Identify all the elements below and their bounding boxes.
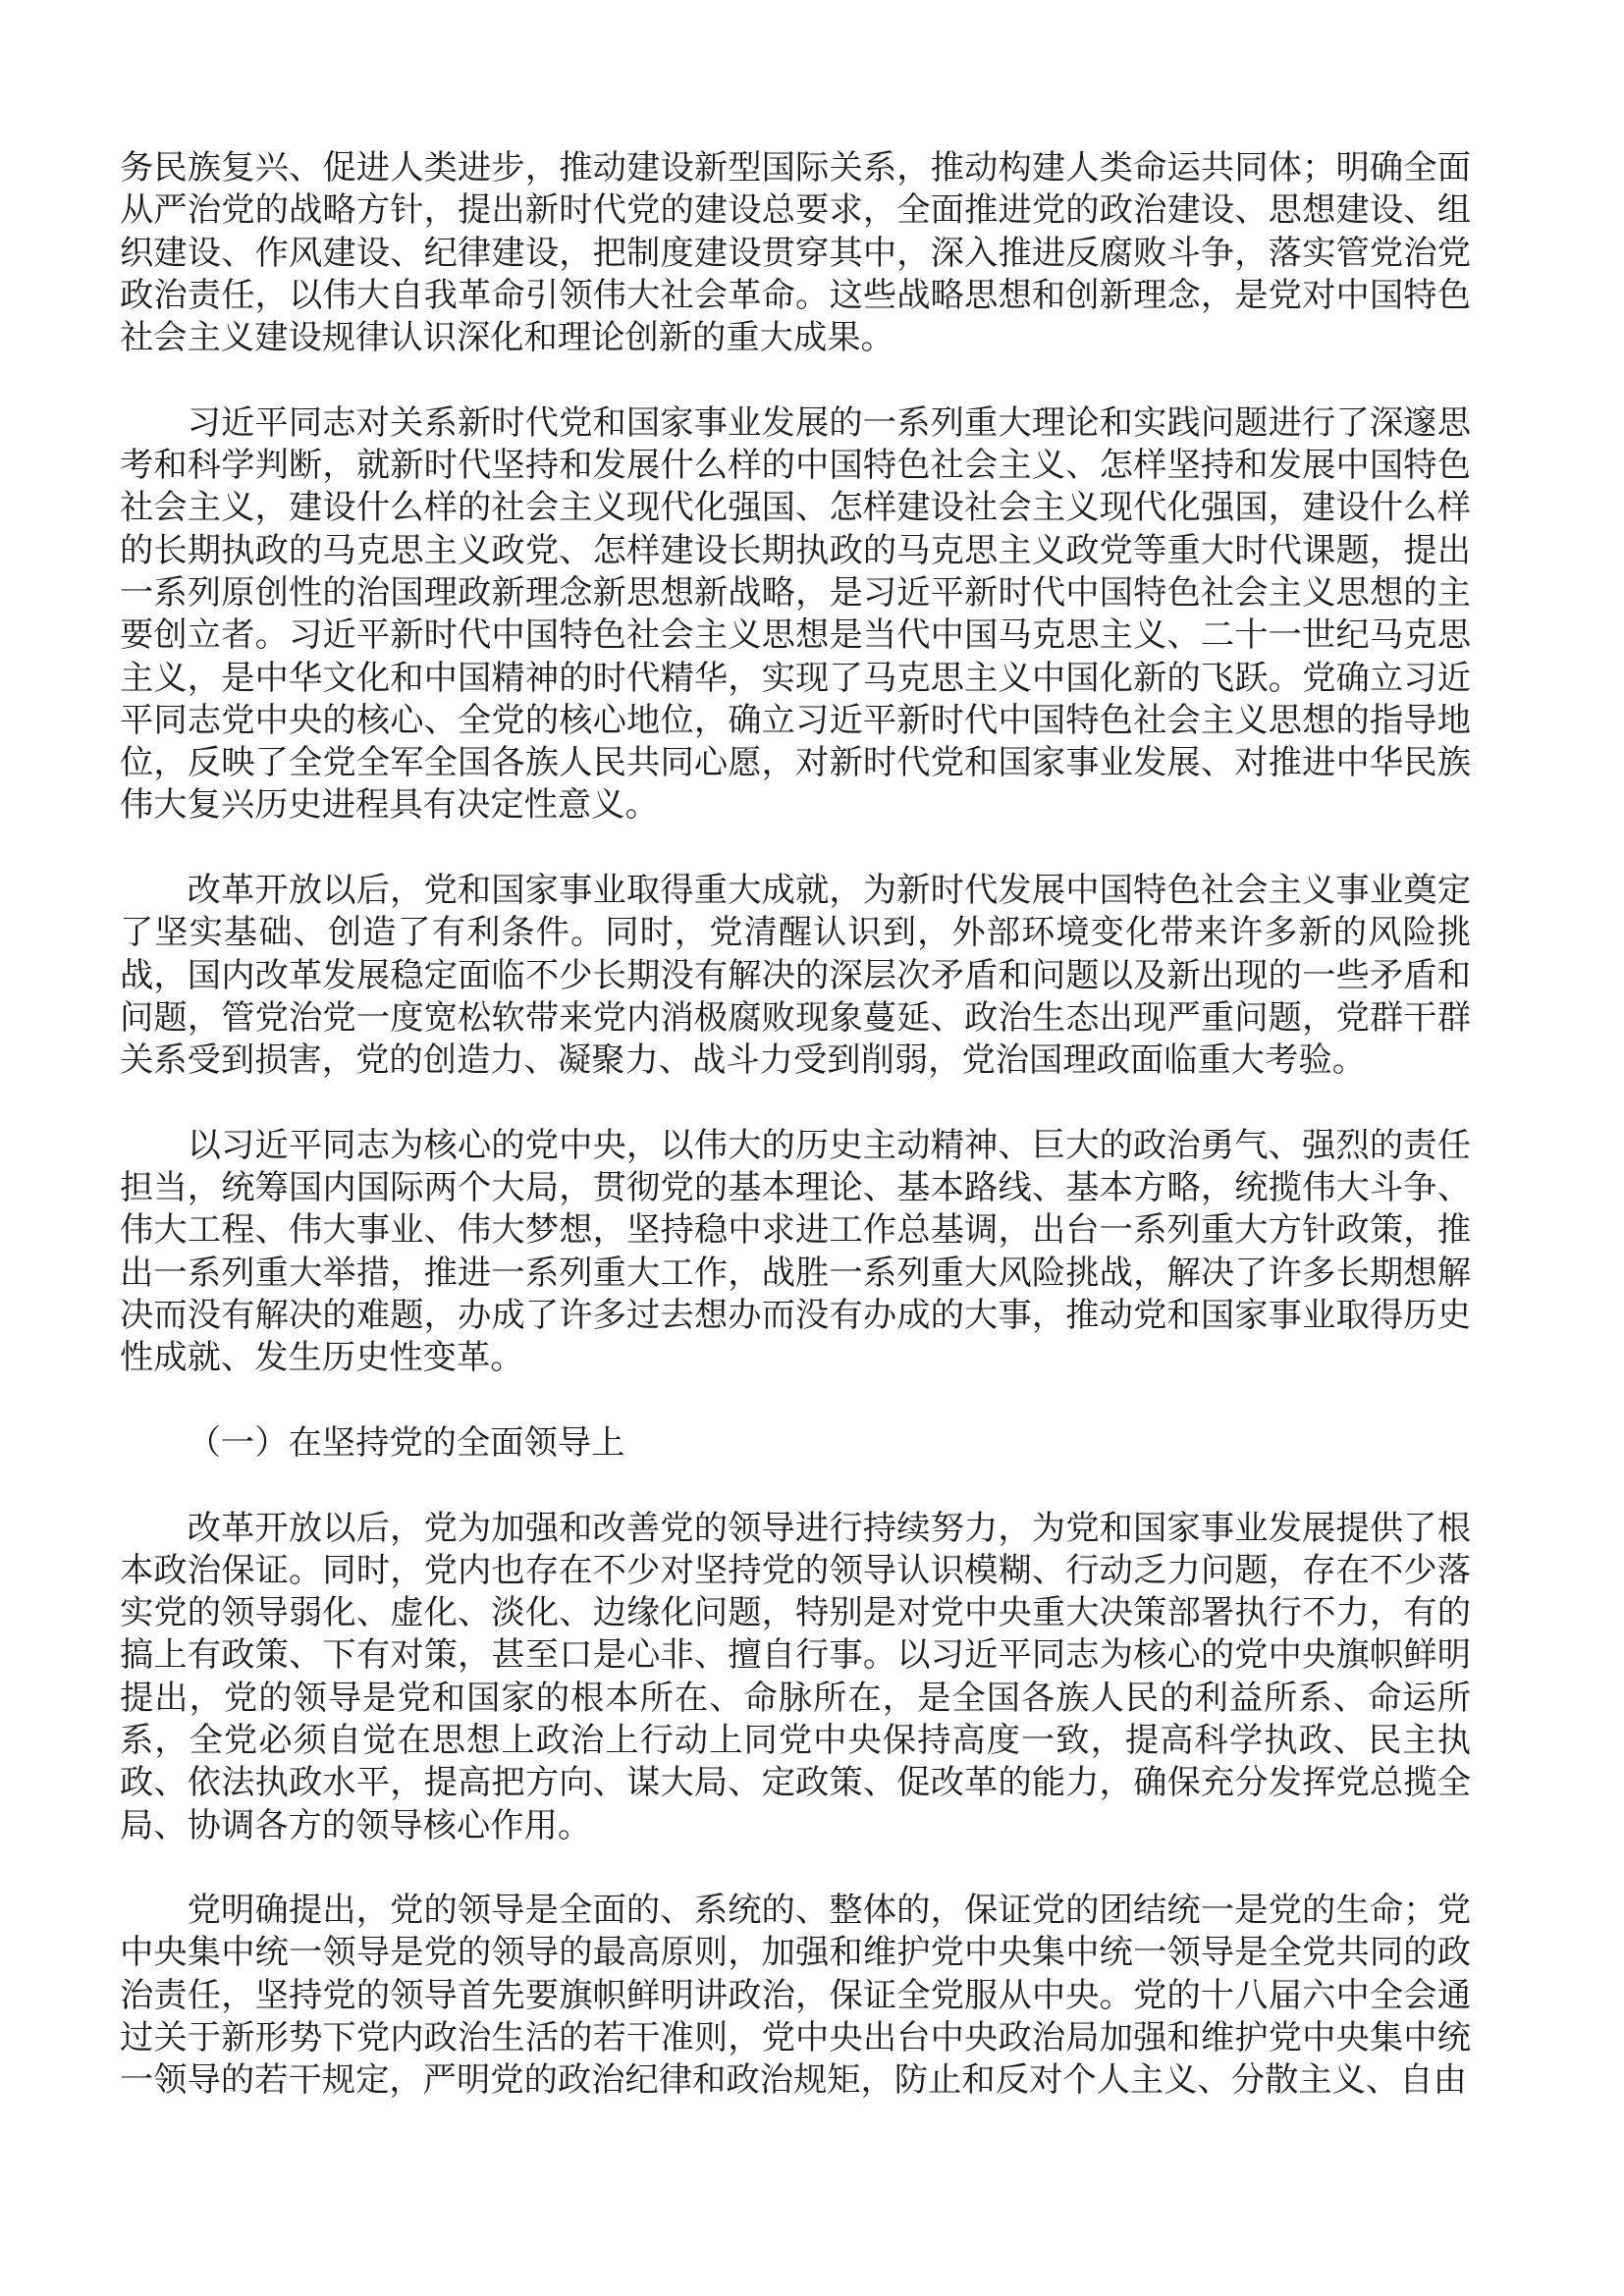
paragraph-continuation: 务民族复兴、促进人类进步，推动建设新型国际关系，推动构建人类命运共同体；明确全面… <box>120 147 1471 359</box>
document-body: 务民族复兴、促进人类进步，推动建设新型国际关系，推动构建人类命运共同体；明确全面… <box>120 147 1471 2103</box>
document-page: 务民族复兴、促进人类进步，推动建设新型国际关系，推动构建人类命运共同体；明确全面… <box>0 0 1624 2296</box>
paragraph: 以习近平同志为核心的党中央，以伟大的历史主动精神、巨大的政治勇气、强烈的责任担当… <box>120 1125 1471 1380</box>
paragraph: 改革开放以后，党和国家事业取得重大成就，为新时代发展中国特色社会主义事业奠定了坚… <box>120 870 1471 1082</box>
paragraph: 习近平同志对关系新时代党和国家事业发展的一系列重大理论和实践问题进行了深邃思考和… <box>120 402 1471 828</box>
paragraph: 改革开放以后，党为加强和改善党的领导进行持续努力，为党和国家事业发展提供了根本政… <box>120 1508 1471 1847</box>
paragraph: 党明确提出，党的领导是全面的、系统的、整体的，保证党的团结统一是党的生命；党中央… <box>120 1890 1471 2102</box>
section-heading: （一）在坚持党的全面领导上 <box>120 1422 1471 1465</box>
